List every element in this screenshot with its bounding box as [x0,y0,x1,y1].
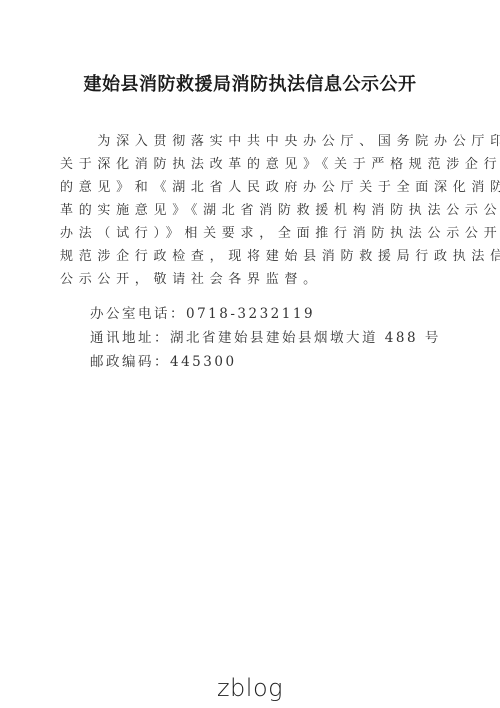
body-line: 办法（试行）》相关要求，全面推行消防执法公示公开制度， [60,222,444,241]
document-title: 建始县消防救援局消防执法信息公示公开 [0,70,500,96]
watermark-logo: zblog [0,674,500,702]
body-line: 的意见》和《湖北省人民政府办公厅关于全面深化消防执法改 [60,176,444,195]
body-line: 关于深化消防执法改革的意见》《关于严格规范涉企行政检查 [60,153,444,172]
body-line: 革的实施意见》《湖北省消防救援机构消防执法公示公开实施 [60,199,444,218]
body-line: 为深入贯彻落实中共中央办公厅、国务院办公厅印发的《 [60,130,444,149]
body-line: 公示公开，敬请社会各界监督。 [60,268,444,287]
office-phone: 办公室电话：0718-3232119 [90,302,315,322]
postal-code: 邮政编码：445300 [90,350,237,370]
body-line: 规范涉企行政检查，现将建始县消防救援局行政执法信息予以 [60,245,444,264]
mailing-address: 通讯地址：湖北省建始县建始县烟墩大道 488 号 [90,326,441,346]
